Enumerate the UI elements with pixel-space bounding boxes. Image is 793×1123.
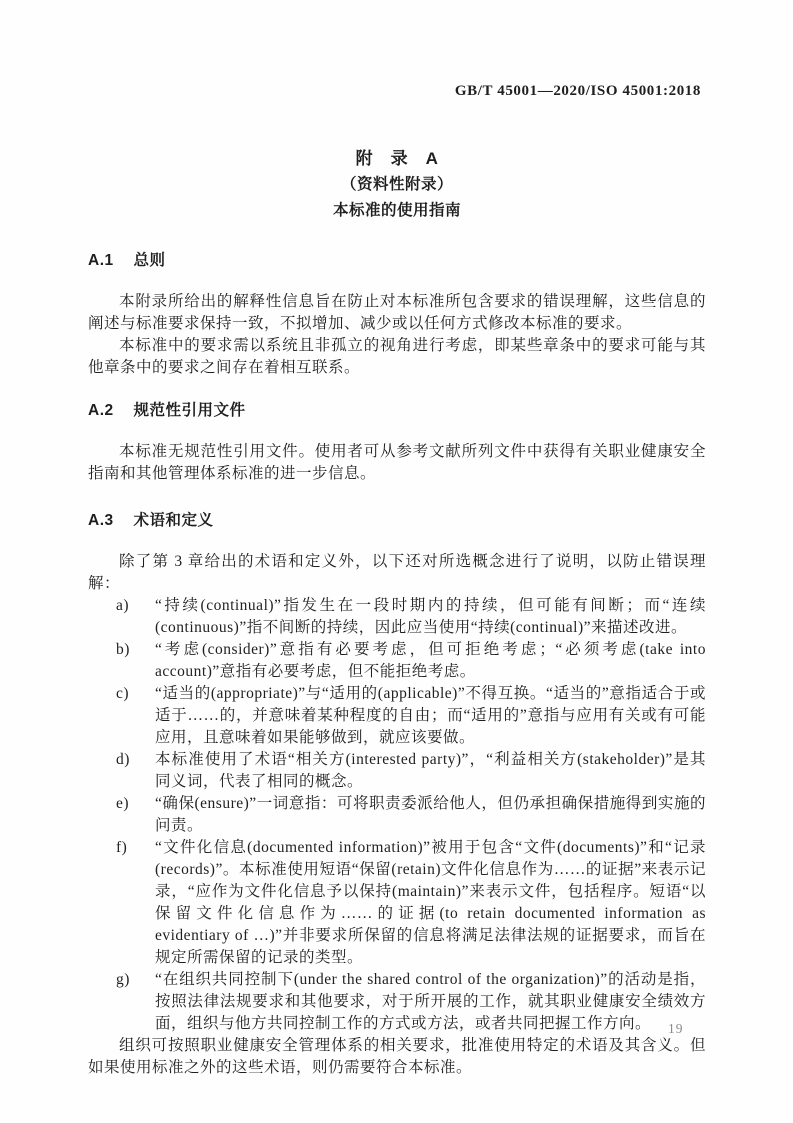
section-number: A.1 (88, 250, 114, 272)
list-item-text: “确保(ensure)”一词意指：可将职责委派给他人，但仍承担确保措施得到实施的… (155, 795, 706, 834)
closing-paragraph: 组织可按照职业健康安全管理体系的相关要求，批准使用特定的术语及其含义。但如果使用… (88, 1035, 706, 1079)
list-item-label: b) (116, 639, 130, 661)
list-item-label: f) (116, 837, 127, 859)
list-item-text: “在组织共同控制下(under the shared control of th… (155, 971, 706, 1032)
standard-code-header: GB/T 45001—2020/ISO 45001:2018 (455, 83, 701, 100)
annex-subtitle-guidance: 本标准的使用指南 (88, 198, 706, 224)
paragraph: 本标准无规范性引用文件。使用者可从参考文献所列文件中获得有关职业健康安全指南和其… (88, 441, 706, 485)
list-item-label: a) (116, 595, 129, 617)
page-number: 19 (668, 1021, 684, 1037)
list-item-d: d) 本标准使用了术语“相关方(interested party)”，“利益相关… (88, 749, 706, 793)
page-content: 附 录 A （资料性附录） 本标准的使用指南 A.1 总则 本附录所给出的解释性… (88, 146, 706, 1079)
list-item-b: b) “考虑(consider)”意指有必要考虑，但可拒绝考虑；“必须考虑(ta… (88, 639, 706, 683)
section-title: 规范性引用文件 (133, 400, 245, 422)
terms-list: a) “持续(continual)”指发生在一段时期内的持续，但可能有间断；而“… (88, 595, 706, 1035)
list-item-c: c) “适当的(appropriate)”与“适用的(applicable)”不… (88, 683, 706, 749)
list-item-a: a) “持续(continual)”指发生在一段时期内的持续，但可能有间断；而“… (88, 595, 706, 639)
document-page: GB/T 45001—2020/ISO 45001:2018 附 录 A （资料… (0, 0, 793, 1123)
section-title: 总则 (133, 250, 165, 272)
paragraph: 本标准中的要求需以系统且非孤立的视角进行考虑，即某些章条中的要求可能与其他章条中… (88, 335, 706, 379)
list-item-text: 本标准使用了术语“相关方(interested party)”，“利益相关方(s… (155, 751, 706, 790)
annex-title: 附 录 A (88, 146, 706, 172)
annex-title-block: 附 录 A （资料性附录） 本标准的使用指南 (88, 146, 706, 224)
list-item-g: g) “在组织共同控制下(under the shared control of… (88, 969, 706, 1035)
section-heading-a3: A.3 术语和定义 (88, 510, 706, 532)
list-item-text: “适当的(appropriate)”与“适用的(applicable)”不得互换… (155, 685, 706, 746)
section-number: A.2 (88, 400, 114, 422)
section-title: 术语和定义 (133, 510, 213, 532)
list-item-e: e) “确保(ensure)”一词意指：可将职责委派给他人，但仍承担确保措施得到… (88, 793, 706, 837)
list-item-text: “文件化信息(documented information)”被用于包含“文件(… (155, 839, 706, 966)
paragraph: 本附录所给出的解释性信息旨在防止对本标准所包含要求的错误理解，这些信息的阐述与标… (88, 291, 706, 335)
list-item-text: “持续(continual)”指发生在一段时期内的持续，但可能有间断；而“连续(… (155, 597, 706, 636)
list-item-label: c) (116, 683, 129, 705)
section-heading-a2: A.2 规范性引用文件 (88, 400, 706, 422)
list-item-f: f) “文件化信息(documented information)”被用于包含“… (88, 837, 706, 969)
terms-intro: 除了第 3 章给出的术语和定义外，以下还对所选概念进行了说明，以防止错误理解： (88, 551, 706, 595)
section-heading-a1: A.1 总则 (88, 250, 706, 272)
list-item-label: d) (116, 749, 130, 771)
annex-subtitle-informative: （资料性附录） (88, 172, 706, 198)
section-number: A.3 (88, 510, 114, 532)
list-item-label: e) (116, 793, 129, 815)
list-item-label: g) (116, 969, 130, 991)
list-item-text: “考虑(consider)”意指有必要考虑，但可拒绝考虑；“必须考虑(take … (155, 641, 706, 680)
